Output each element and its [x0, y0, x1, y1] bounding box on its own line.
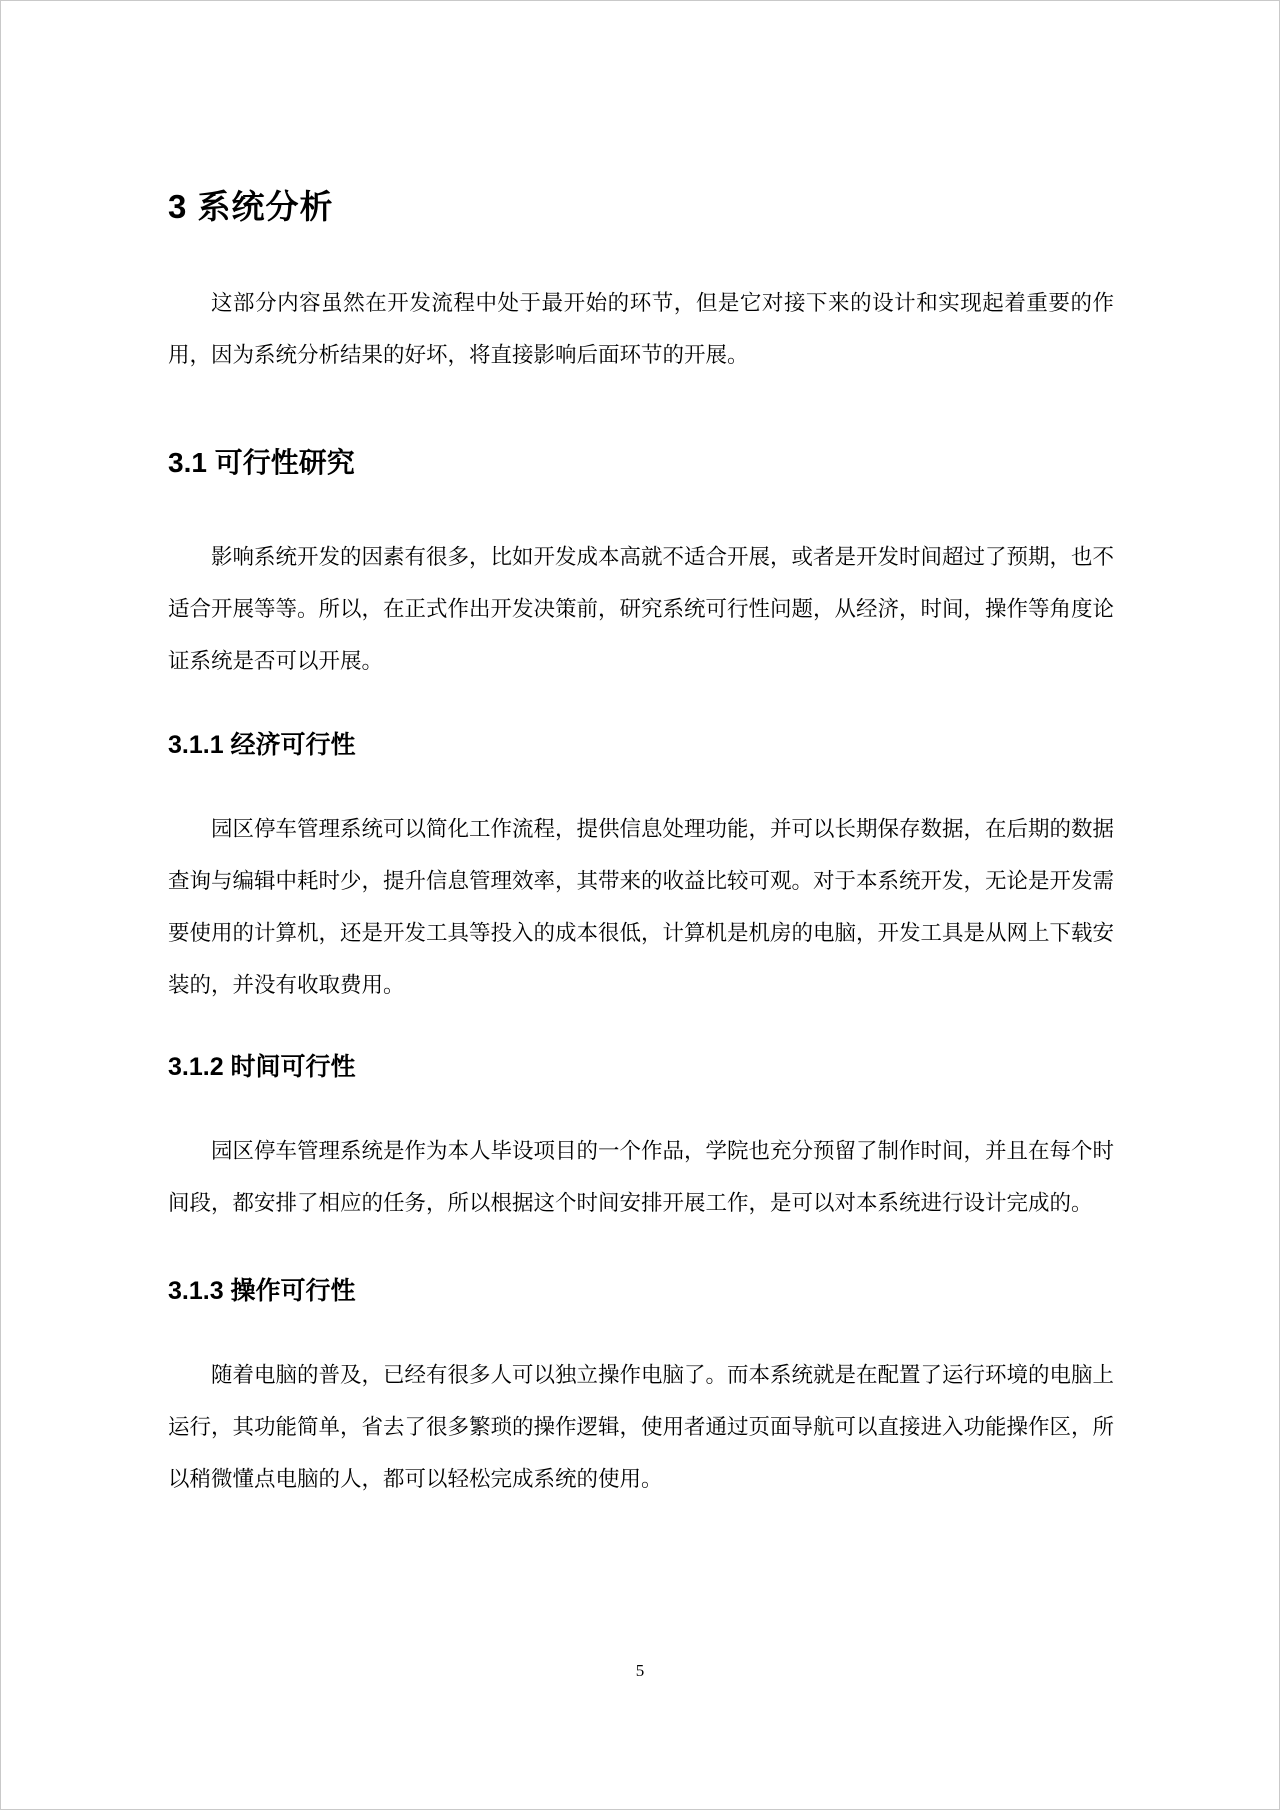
document-page: 3 系统分析 这部分内容虽然在开发流程中处于最开始的环节，但是它对接下来的设计和…	[0, 0, 1280, 1810]
subsection-3-1-2-paragraph: 园区停车管理系统是作为本人毕设项目的一个作品，学院也充分预留了制作时间，并且在每…	[168, 1125, 1114, 1229]
subsection-heading-3-1-1: 3.1.1 经济可行性	[168, 729, 1114, 761]
subsection-3-1-1-paragraph: 园区停车管理系统可以简化工作流程，提供信息处理功能，并可以长期保存数据，在后期的…	[168, 803, 1114, 1011]
chapter-intro-paragraph: 这部分内容虽然在开发流程中处于最开始的环节，但是它对接下来的设计和实现起着重要的…	[168, 277, 1114, 381]
subsection-heading-3-1-2: 3.1.2 时间可行性	[168, 1051, 1114, 1083]
section-heading-3-1: 3.1 可行性研究	[168, 445, 1114, 481]
page-number: 5	[1, 1661, 1279, 1681]
subsection-heading-3-1-3: 3.1.3 操作可行性	[168, 1275, 1114, 1307]
section-3-1-paragraph: 影响系统开发的因素有很多，比如开发成本高就不适合开展，或者是开发时间超过了预期，…	[168, 531, 1114, 687]
subsection-3-1-3-paragraph: 随着电脑的普及，已经有很多人可以独立操作电脑了。而本系统就是在配置了运行环境的电…	[168, 1349, 1114, 1505]
chapter-heading: 3 系统分析	[168, 187, 1114, 227]
